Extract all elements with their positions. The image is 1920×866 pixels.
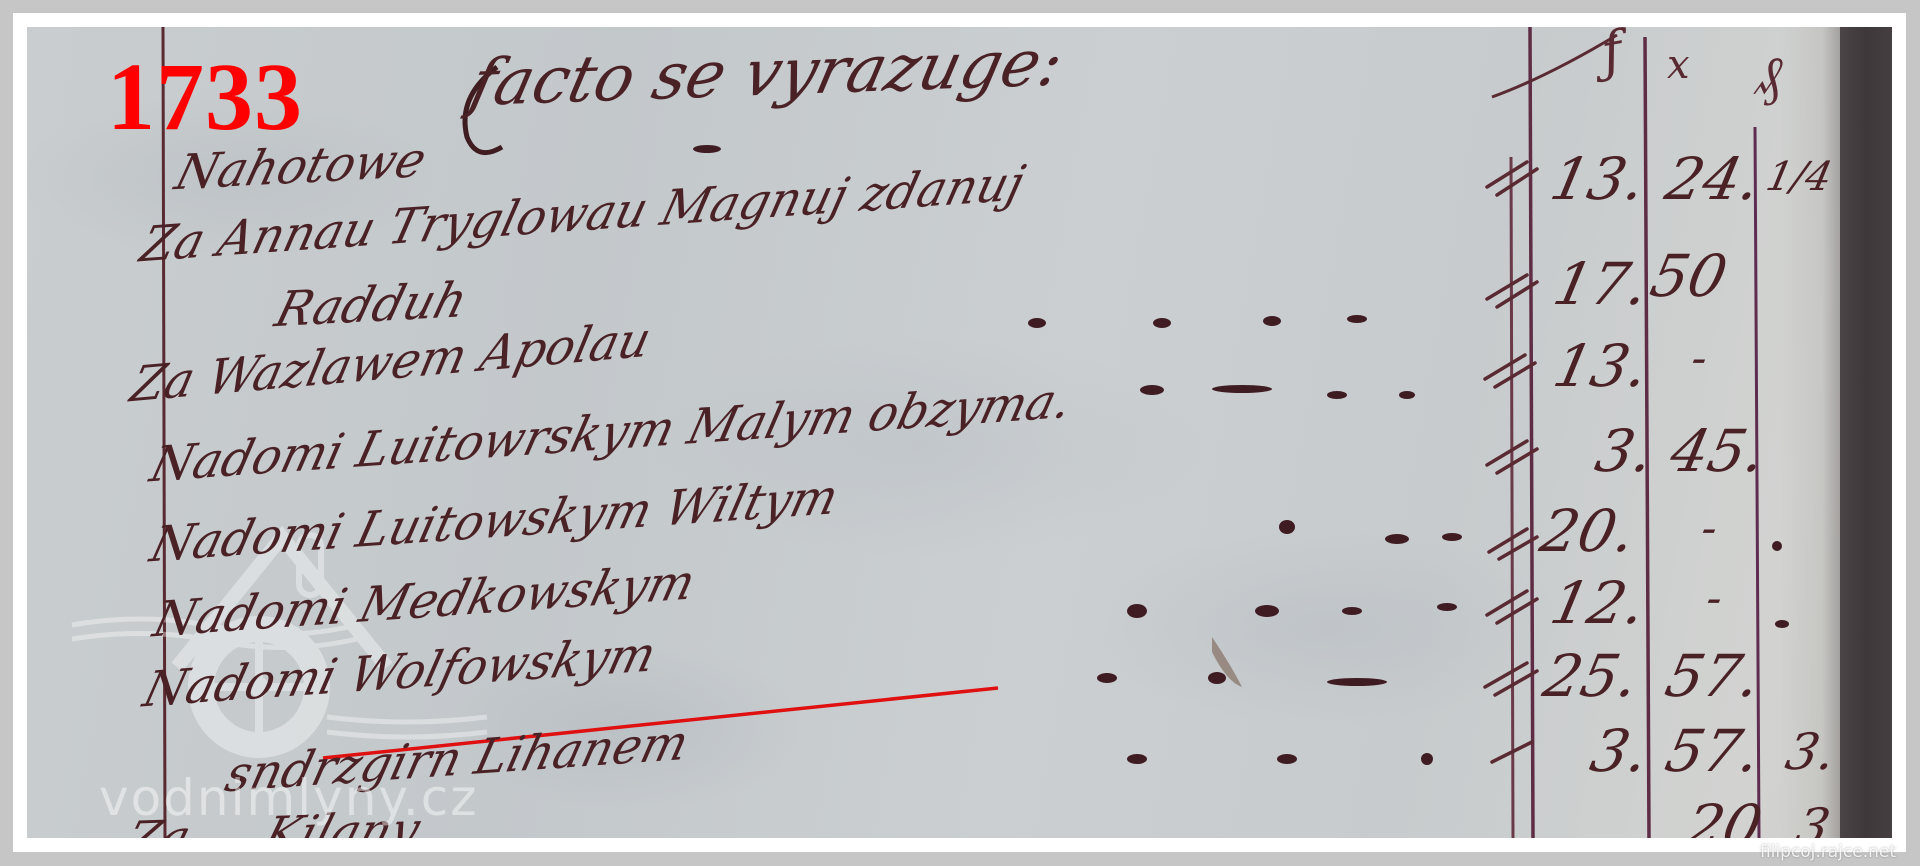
watermark-text: vodnimlyny.cz — [99, 769, 478, 827]
amount-florins: 17. — [1549, 255, 1654, 313]
column-rule — [1530, 27, 1533, 838]
amount-kreuzers: 24. — [1661, 150, 1766, 208]
amount-denars: 1/4 — [1763, 157, 1836, 197]
column-rule — [1511, 157, 1513, 838]
amount-florins: 20. — [1536, 502, 1641, 560]
column-header-kreuzers: x — [1667, 45, 1690, 85]
column-header-denars: ₰ — [1755, 49, 1782, 103]
photo-credit: filipcoj.rajce.net — [1760, 842, 1896, 862]
amount-kreuzers: 57. — [1661, 722, 1766, 780]
amount-kreuzers: 45. — [1666, 422, 1771, 480]
amount-kreuzers: 20. — [1681, 797, 1786, 838]
amount-kreuzers: 50 — [1646, 247, 1732, 305]
amount-florins: 13. — [1546, 150, 1651, 208]
amount-florins: 13. — [1549, 337, 1654, 395]
header-stroke — [1492, 35, 1617, 97]
ledger-row-text: Radduh — [269, 272, 473, 339]
amount-kreuzers: 57. — [1661, 647, 1766, 705]
ledger-photograph: 1733 facto se vyrazuge: ƒ x ₰ Nahotowe Z… — [27, 27, 1892, 838]
amount-florins: 12. — [1546, 574, 1651, 632]
amount-florins: 25. — [1539, 647, 1644, 705]
year-label: 1733 — [107, 49, 303, 145]
